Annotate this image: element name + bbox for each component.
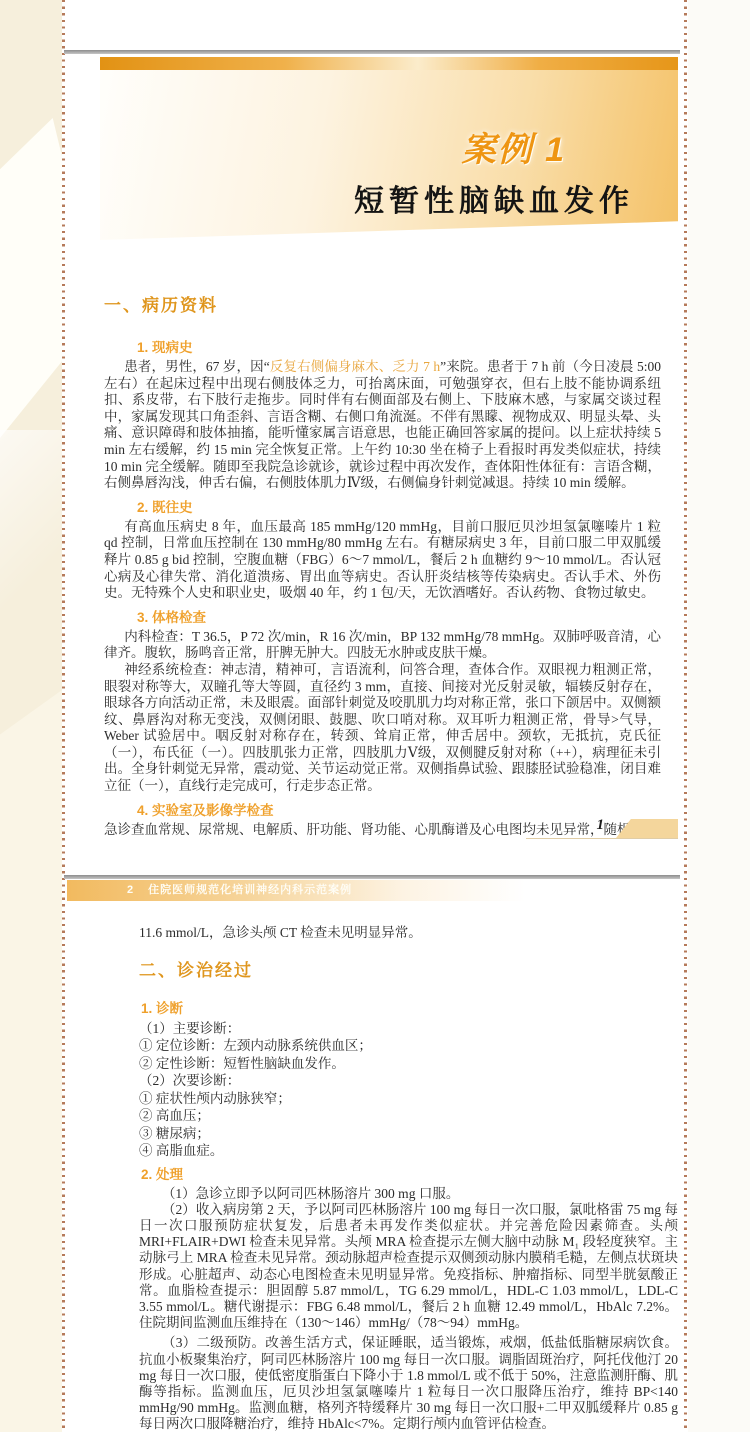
page-1-content: 一、病历资料 1. 现病史 患者，男性，67 岁，因“反复右侧偏身麻木、乏力 7… bbox=[104, 291, 661, 838]
subsection-physical-exam: 3. 体格检查 bbox=[137, 606, 661, 626]
diagnosis-item: （2）次要诊断： bbox=[139, 1072, 678, 1090]
page-shadow-top bbox=[64, 50, 680, 54]
diagnosis-item: （1）主要诊断： bbox=[139, 1020, 678, 1038]
diagnosis-item: ② 高血压； bbox=[139, 1107, 678, 1125]
case-title: 短暂性脑缺血发作 bbox=[354, 176, 634, 220]
diagnosis-item: ② 定性诊断：短暂性脑缺血发作。 bbox=[139, 1055, 678, 1073]
section-title-medical-record: 一、病历资料 bbox=[104, 291, 661, 316]
left-margin-fold-shape bbox=[0, 118, 62, 438]
management-paragraph-2: （2）收入病房第 2 天，予以阿司匹林肠溶片 100 mg 每日一次口服，氯吡格… bbox=[139, 1202, 678, 1332]
chief-complaint-highlight: 反复右侧偏身麻木、乏力 7 h bbox=[270, 359, 440, 374]
running-header-book-title: 住院医师规范化培训神经内科示范案例 bbox=[148, 884, 352, 896]
lab-imaging-paragraph: 急诊查血常规、尿常规、电解质、肝功能、肾功能、心肌酶谱及心电图均未见异常，随机血… bbox=[104, 822, 661, 839]
management-paragraph-3: （3）二级预防。改善生活方式，保证睡眠，适当锻炼，戒烟，低盐低脂糖尿病饮食。抗血… bbox=[139, 1335, 678, 1432]
section-title-treatment-course: 二、诊治经过 bbox=[139, 956, 678, 981]
physical-exam-paragraph-1: 内科检查：T 36.5，P 72 次/min，R 16 次/min，BP 132… bbox=[104, 629, 661, 662]
subsection-diagnosis: 1. 诊断 bbox=[141, 997, 678, 1017]
subsection-present-illness: 1. 现病史 bbox=[137, 336, 661, 356]
page-2-content: 11.6 mmol/L，急诊头颅 CT 检查未见明显异常。 二、诊治经过 1. … bbox=[139, 925, 678, 1432]
right-margin bbox=[688, 0, 750, 1432]
subsection-management: 2. 处理 bbox=[141, 1163, 678, 1183]
running-header-band: 2住院医师规范化培训神经内科示范案例 bbox=[67, 880, 678, 901]
hpi-text-prefix: 患者，男性，67 岁，因“ bbox=[124, 359, 270, 374]
folio-baseline bbox=[526, 838, 678, 839]
hpi-text-suffix: ”来院。患者于 7 h 前（今日凌晨 5:00 左右）在起床过程中出现右侧肢体乏… bbox=[104, 359, 661, 490]
subsection-lab-imaging: 4. 实验室及影像学检查 bbox=[137, 799, 661, 819]
lab-continuation-line: 11.6 mmol/L，急诊头颅 CT 检查未见明显异常。 bbox=[139, 925, 678, 942]
left-margin-lower-shape bbox=[0, 690, 62, 1432]
subsection-past-history: 2. 既往史 bbox=[137, 496, 661, 516]
diagnosis-item: ④ 高脂血症。 bbox=[139, 1142, 678, 1160]
previous-page-edge bbox=[67, 0, 678, 50]
diagnosis-item: ③ 糖尿病； bbox=[139, 1125, 678, 1143]
page-1: 案例 1 短暂性脑缺血发作 一、病历资料 1. 现病史 患者，男性，67 岁，因… bbox=[67, 55, 678, 875]
stitch-line-right bbox=[684, 0, 687, 1432]
left-margin-decor bbox=[0, 0, 62, 1432]
case-banner: 案例 1 短暂性脑缺血发作 bbox=[100, 70, 678, 240]
left-margin-highlight bbox=[0, 430, 62, 630]
header-accent-bar bbox=[100, 57, 678, 70]
past-history-paragraph: 有高血压病史 8 年，血压最高 185 mmHg/120 mmHg，目前口服厄贝… bbox=[104, 519, 661, 602]
running-header-page-number: 2 bbox=[127, 884, 134, 896]
management-paragraph-1: （1）急诊立即予以阿司匹林肠溶片 300 mg 口服。 bbox=[139, 1186, 678, 1202]
case-number-label: 案例 1 bbox=[462, 122, 566, 171]
present-illness-paragraph: 患者，男性，67 岁，因“反复右侧偏身麻木、乏力 7 h”来院。患者于 7 h … bbox=[104, 359, 661, 492]
page-2: 2住院医师规范化培训神经内科示范案例 11.6 mmol/L，急诊头颅 CT 检… bbox=[67, 879, 678, 1432]
diagnosis-item: ① 定位诊断：左颈内动脉系统供血区； bbox=[139, 1037, 678, 1055]
page-1-number: 1 bbox=[597, 817, 605, 834]
running-header: 2住院医师规范化培训神经内科示范案例 bbox=[67, 880, 678, 901]
diagnosis-item: ① 症状性颅内动脉狭窄； bbox=[139, 1090, 678, 1108]
stitch-line-left bbox=[62, 0, 65, 1432]
physical-exam-paragraph-2: 神经系统检查：神志清，精神可，言语流利，问答合理，查体合作。双眼视力粗测正常，眼… bbox=[104, 662, 661, 795]
book-scan-spread: 案例 1 短暂性脑缺血发作 一、病历资料 1. 现病史 患者，男性，67 岁，因… bbox=[0, 0, 750, 1432]
